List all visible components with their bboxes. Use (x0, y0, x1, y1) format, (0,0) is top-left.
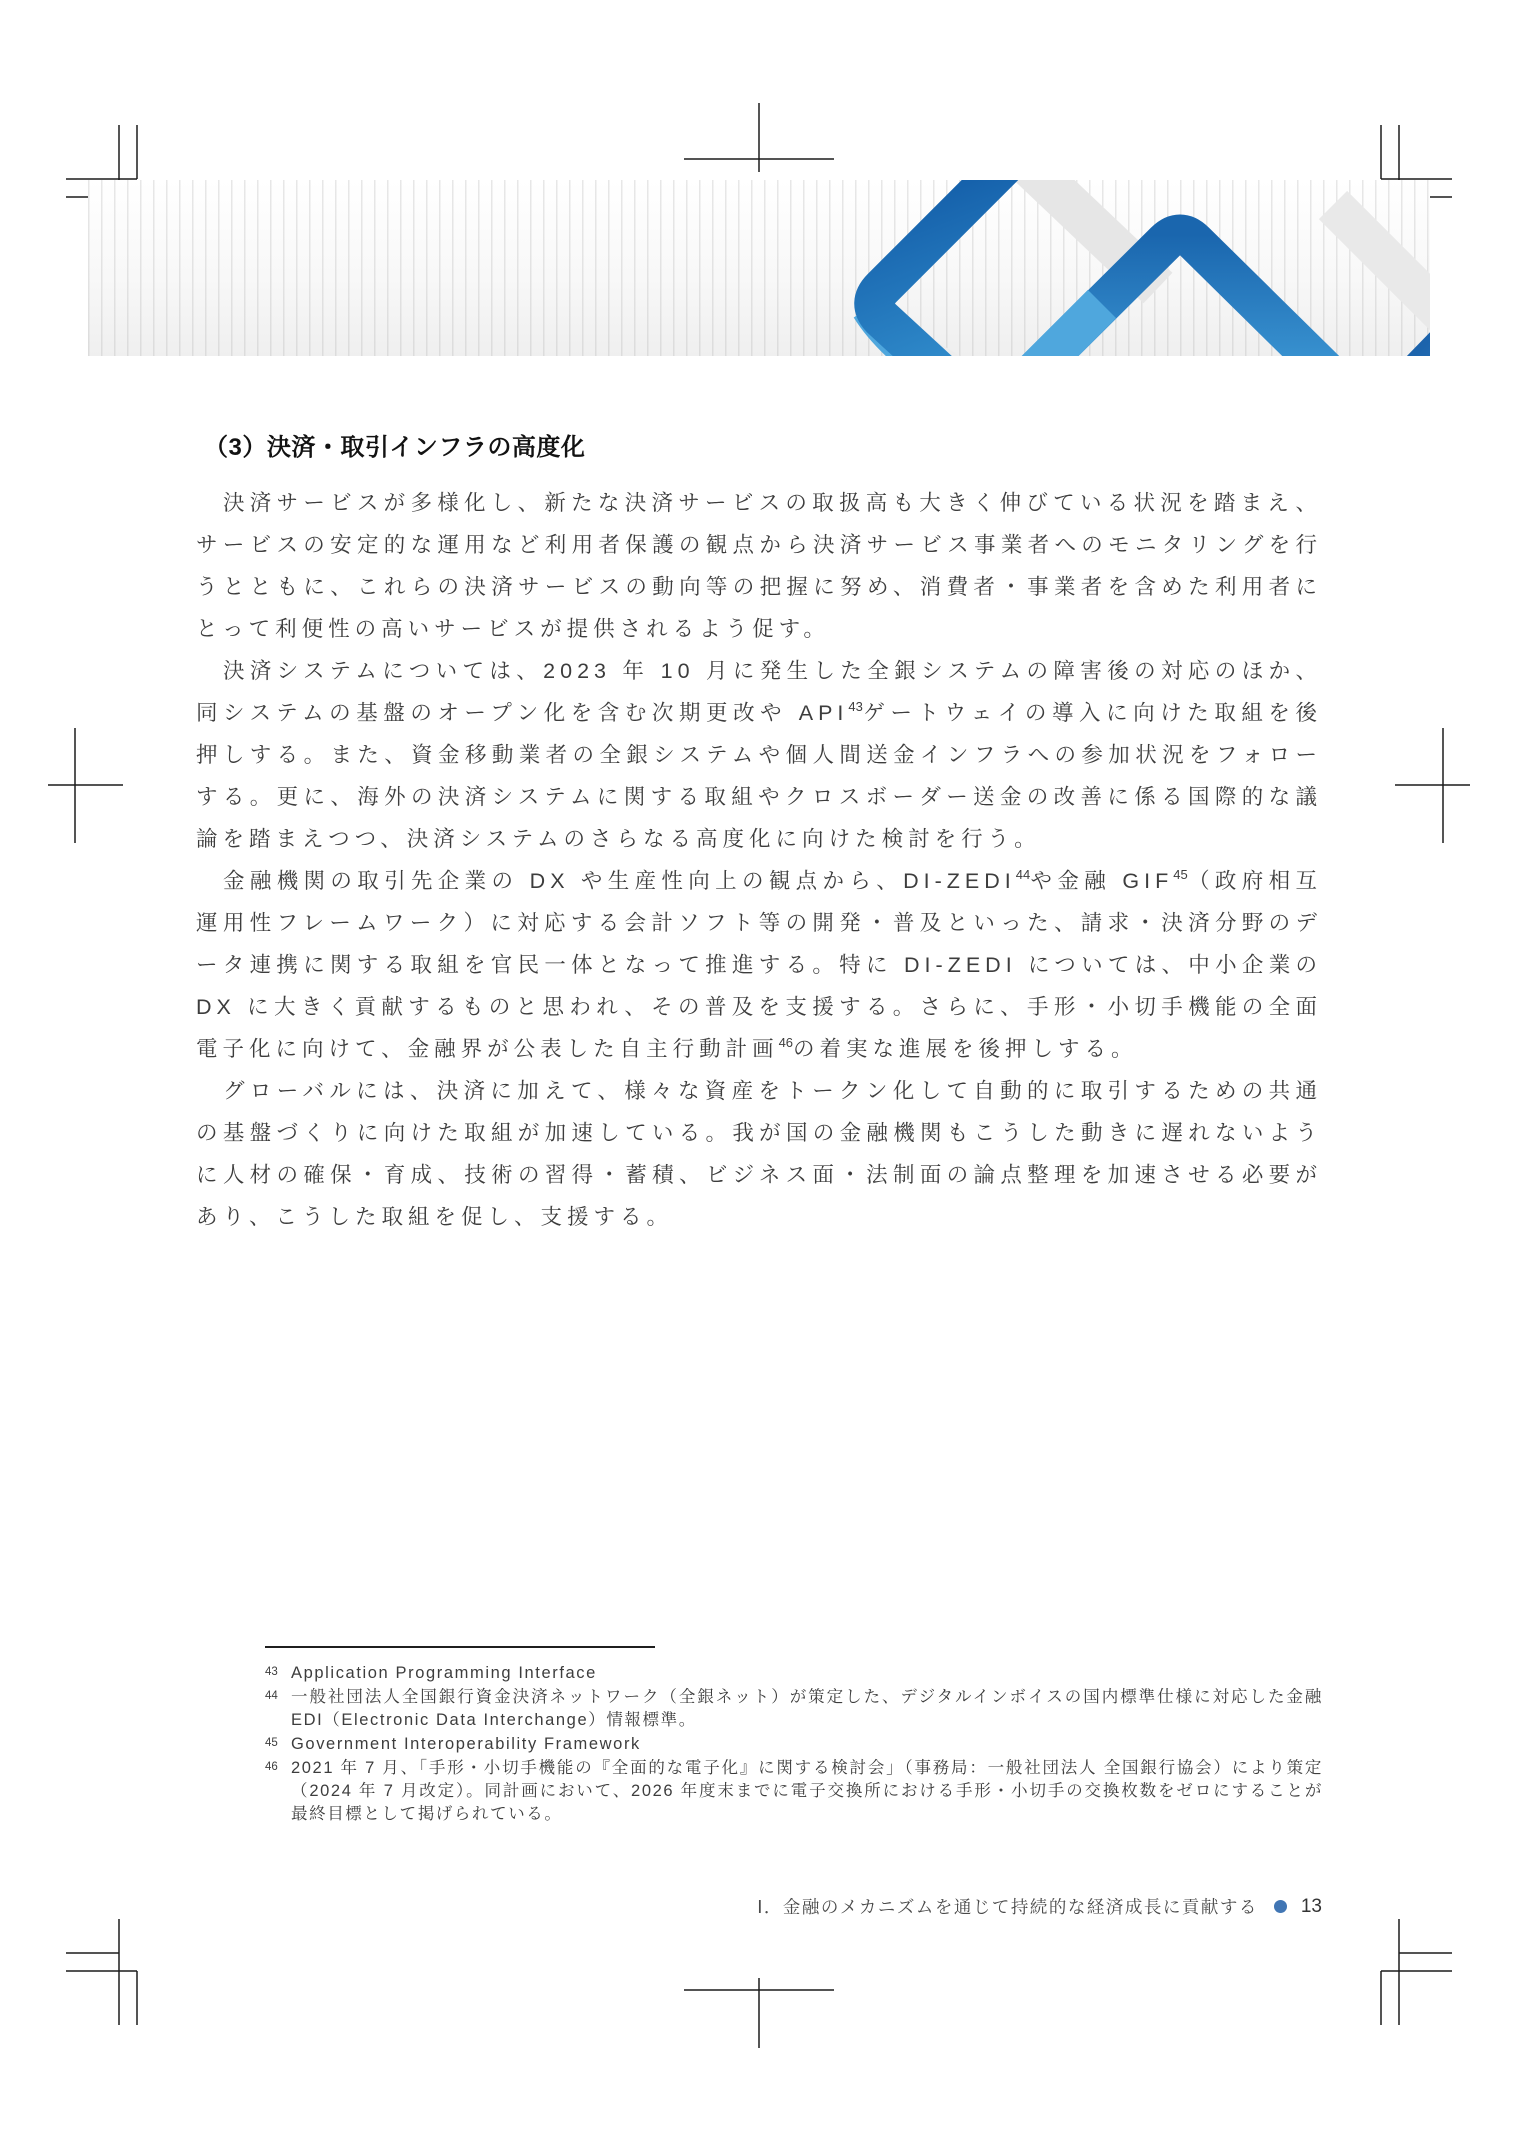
footnote-ref: 45 (1173, 867, 1187, 882)
footnote-ref: 44 (1016, 867, 1030, 882)
footer-section-label: Ⅰ．金融のメカニズムを通じて持続的な経済成長に貢献する (757, 1894, 1258, 1919)
paragraph: 金融機関の取引先企業の DX や生産性向上の観点から、DI-ZEDI44や金融 … (196, 860, 1322, 1070)
footnote-item: 44一般社団法人全国銀行資金決済ネットワーク（全銀ネット）が策定した、デジタルイ… (265, 1686, 1323, 1732)
paragraph: グローバルには、決済に加えて、様々な資産をトークン化して自動的に取引するための共… (196, 1070, 1322, 1238)
footnote-divider (265, 1646, 655, 1648)
footnote-number: 45 (265, 1733, 291, 1752)
footnote-number: 46 (265, 1757, 291, 1776)
footnote-ref: 43 (848, 699, 862, 714)
footnote-list: 43Application Programming Interface44一般社… (265, 1662, 1323, 1826)
body-text: 決済サービスが多様化し、新たな決済サービスの取扱高も大きく伸びている状況を踏まえ… (196, 482, 1322, 1238)
page: （3）決済・取引インフラの高度化 決済サービスが多様化し、新たな決済サービスの取… (0, 0, 1518, 2150)
ribbon-knot-graphic (88, 180, 1430, 356)
footnote-number: 43 (265, 1662, 291, 1681)
footnotes: 43Application Programming Interface44一般社… (265, 1646, 1323, 1827)
page-number: 13 (1301, 1896, 1322, 1918)
footnote-item: 43Application Programming Interface (265, 1662, 1323, 1685)
footnote-ref: 46 (779, 1035, 793, 1050)
footer-dot-icon (1274, 1900, 1287, 1913)
footnote-item: 462021 年 7 月、「手形・小切手機能の『全面的な電子化』に関する検討会」… (265, 1757, 1323, 1826)
paragraph: 決済サービスが多様化し、新たな決済サービスの取扱高も大きく伸びている状況を踏まえ… (196, 482, 1322, 650)
footnote-item: 45Government Interoperability Framework (265, 1733, 1323, 1756)
footnote-text: 一般社団法人全国銀行資金決済ネットワーク（全銀ネット）が策定した、デジタルインボ… (291, 1686, 1323, 1732)
page-footer: Ⅰ．金融のメカニズムを通じて持続的な経済成長に貢献する 13 (757, 1894, 1322, 1919)
section-heading: （3）決済・取引インフラの高度化 (204, 430, 1322, 466)
main-content: （3）決済・取引インフラの高度化 決済サービスが多様化し、新たな決済サービスの取… (196, 430, 1322, 1238)
footnote-text: Government Interoperability Framework (291, 1733, 1323, 1756)
footnote-number: 44 (265, 1686, 291, 1705)
header-graphic-band (88, 180, 1430, 356)
footnote-text: Application Programming Interface (291, 1662, 1323, 1685)
footnote-text: 2021 年 7 月、「手形・小切手機能の『全面的な電子化』に関する検討会」（事… (291, 1757, 1323, 1826)
paragraph: 決済システムについては、2023 年 10 月に発生した全銀システムの障害後の対… (196, 650, 1322, 860)
